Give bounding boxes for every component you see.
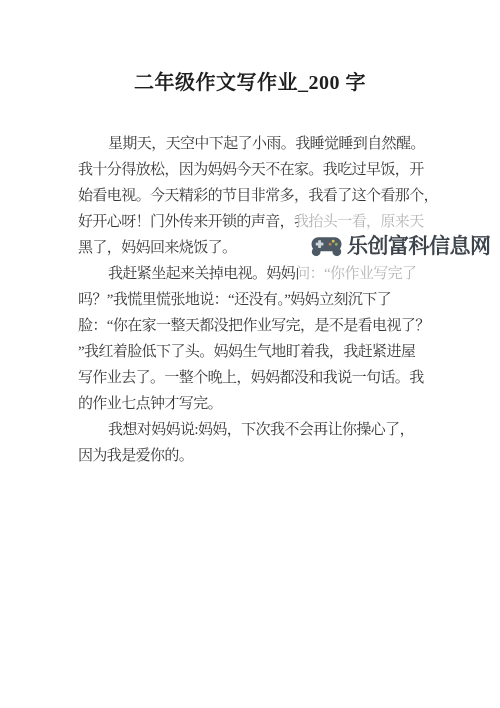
essay-line: 我想对妈妈说:妈妈，下次我不会再让你操心了， xyxy=(78,417,424,443)
essay-line: 我十分得放松，因为妈妈今天不在家。我吃过早饭，开 xyxy=(78,157,424,183)
gamepad-icon xyxy=(310,232,343,258)
essay-line: 的作业七点钟才写完。 xyxy=(78,391,424,417)
document-page: 二年级作文写作业_200 字 星期天，天空中下起了小雨。我睡觉睡到自然醒。我十分… xyxy=(0,0,500,708)
essay-line: 脸：“你在家一整天都没把作业写完，是不是看电视了？ xyxy=(78,313,424,339)
essay-line: 因为我是爱你的。 xyxy=(78,443,424,469)
essay-line: ”我红着脸低下了头。妈妈生气地盯着我，我赶紧进屋 xyxy=(78,339,424,365)
essay-line: 写作业去了。一整个晚上，妈妈都没和我说一句话。我 xyxy=(78,365,424,391)
essay-title: 二年级作文写作业_200 字 xyxy=(0,66,500,95)
watermark: 乐创富科信息网 xyxy=(310,230,491,260)
watermark-text: 乐创富科信息网 xyxy=(347,230,491,260)
essay-line: 吗？”我慌里慌张地说：“还没有。”妈妈立刻沉下了 xyxy=(78,287,424,313)
essay-line: 星期天，天空中下起了小雨。我睡觉睡到自然醒。 xyxy=(78,131,424,157)
essay-body: 星期天，天空中下起了小雨。我睡觉睡到自然醒。我十分得放松，因为妈妈今天不在家。我… xyxy=(78,131,424,469)
